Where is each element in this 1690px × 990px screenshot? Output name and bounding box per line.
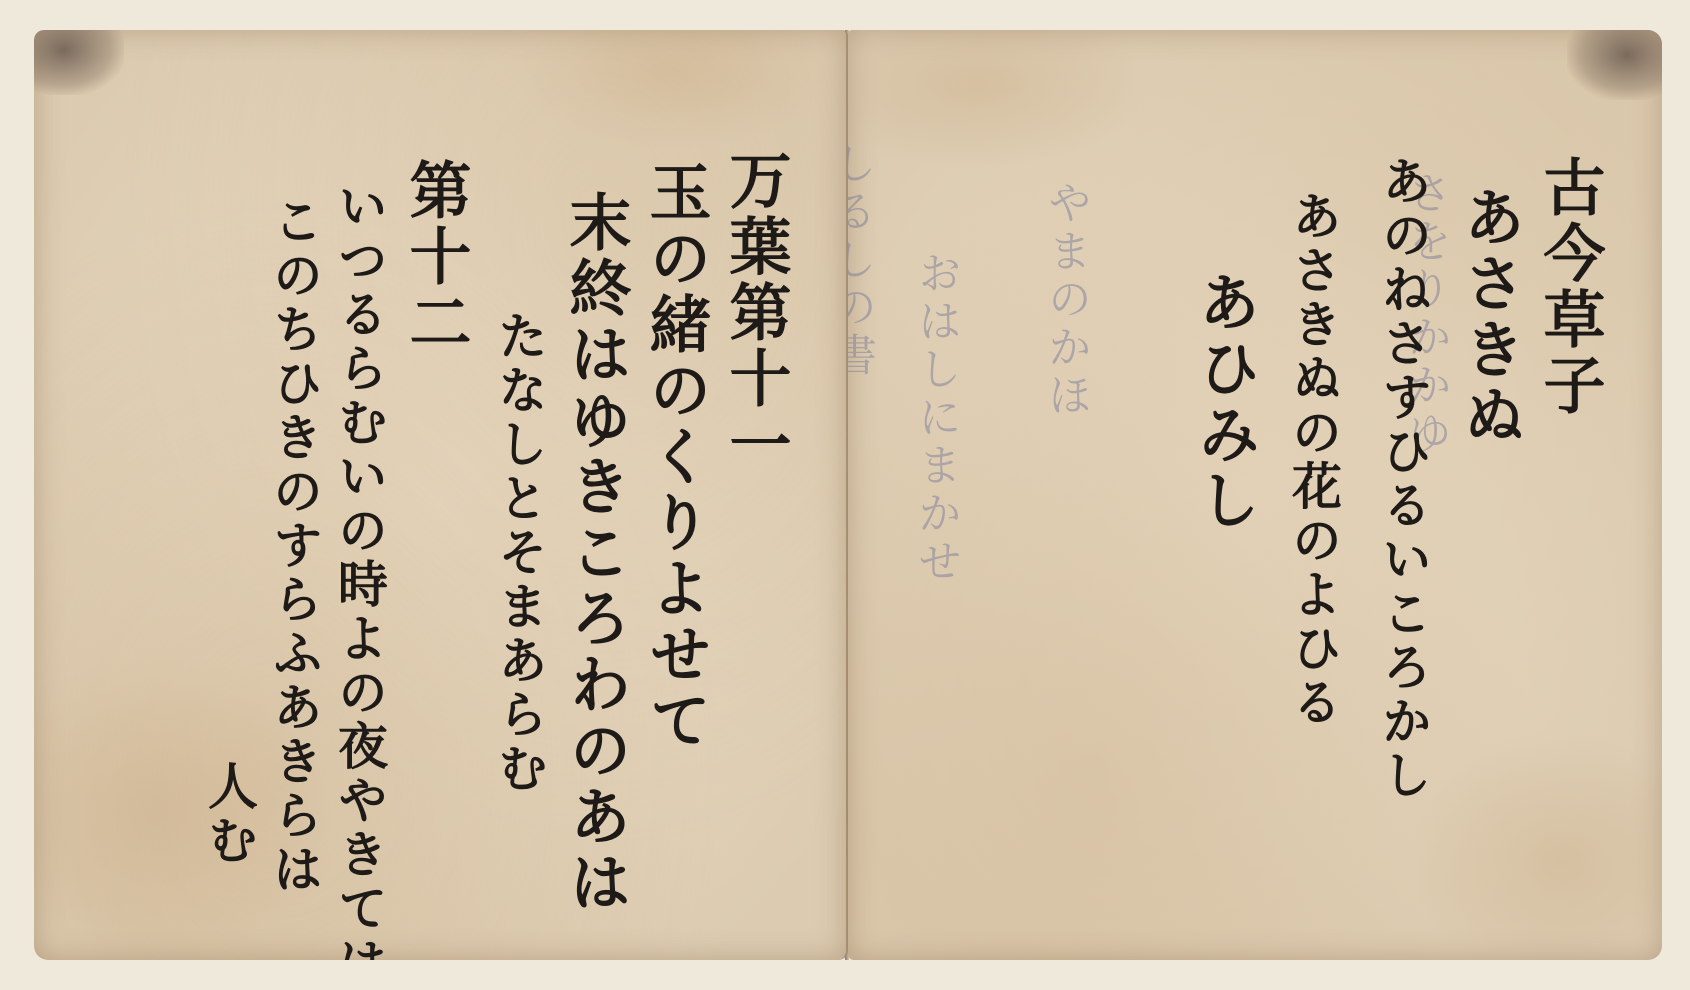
column-verse: いつるらむいの時よの夜やきては xyxy=(334,180,384,960)
column-verse: あのねさすひるいころかし xyxy=(1378,155,1428,803)
column-title-manyo: 万葉第十一 xyxy=(724,148,786,478)
column-title-kokin: 古今草子 xyxy=(1538,155,1600,419)
column-verse: このちひきのすらふあきらは xyxy=(269,195,319,897)
corner-stain xyxy=(34,30,124,95)
water-stain xyxy=(1408,730,1662,960)
right-page: さをりかかゆ やまのかほ おはしにまかせ しるしの書 古今草子 あさきぬ あのね… xyxy=(848,30,1662,960)
water-stain xyxy=(848,30,1148,170)
bleed-through-text: しるしの書 xyxy=(848,140,872,380)
column-verse: 玉の緒のくりよせて xyxy=(644,160,706,754)
bleed-through-text: おはしにまかせ xyxy=(913,250,957,586)
column-verse: あさきぬ xyxy=(1458,185,1520,449)
column-title-book12: 第十二 xyxy=(404,158,466,356)
water-stain xyxy=(514,30,834,150)
column-verse: たなしとそまあらむ xyxy=(494,310,544,796)
column-signature: 人む xyxy=(204,760,254,868)
left-page: 万葉第十一 玉の緒のくりよせて 末終はゆきころわのあは たなしとそまあらむ 第十… xyxy=(34,30,848,960)
corner-stain xyxy=(1567,30,1662,100)
column-verse: あひみし xyxy=(1193,270,1255,534)
column-verse: あさきぬの花のよひる xyxy=(1288,190,1338,730)
bleed-through-text: やまのかほ xyxy=(1043,180,1087,420)
column-verse: 末終はゆきころわのあは xyxy=(564,190,626,916)
